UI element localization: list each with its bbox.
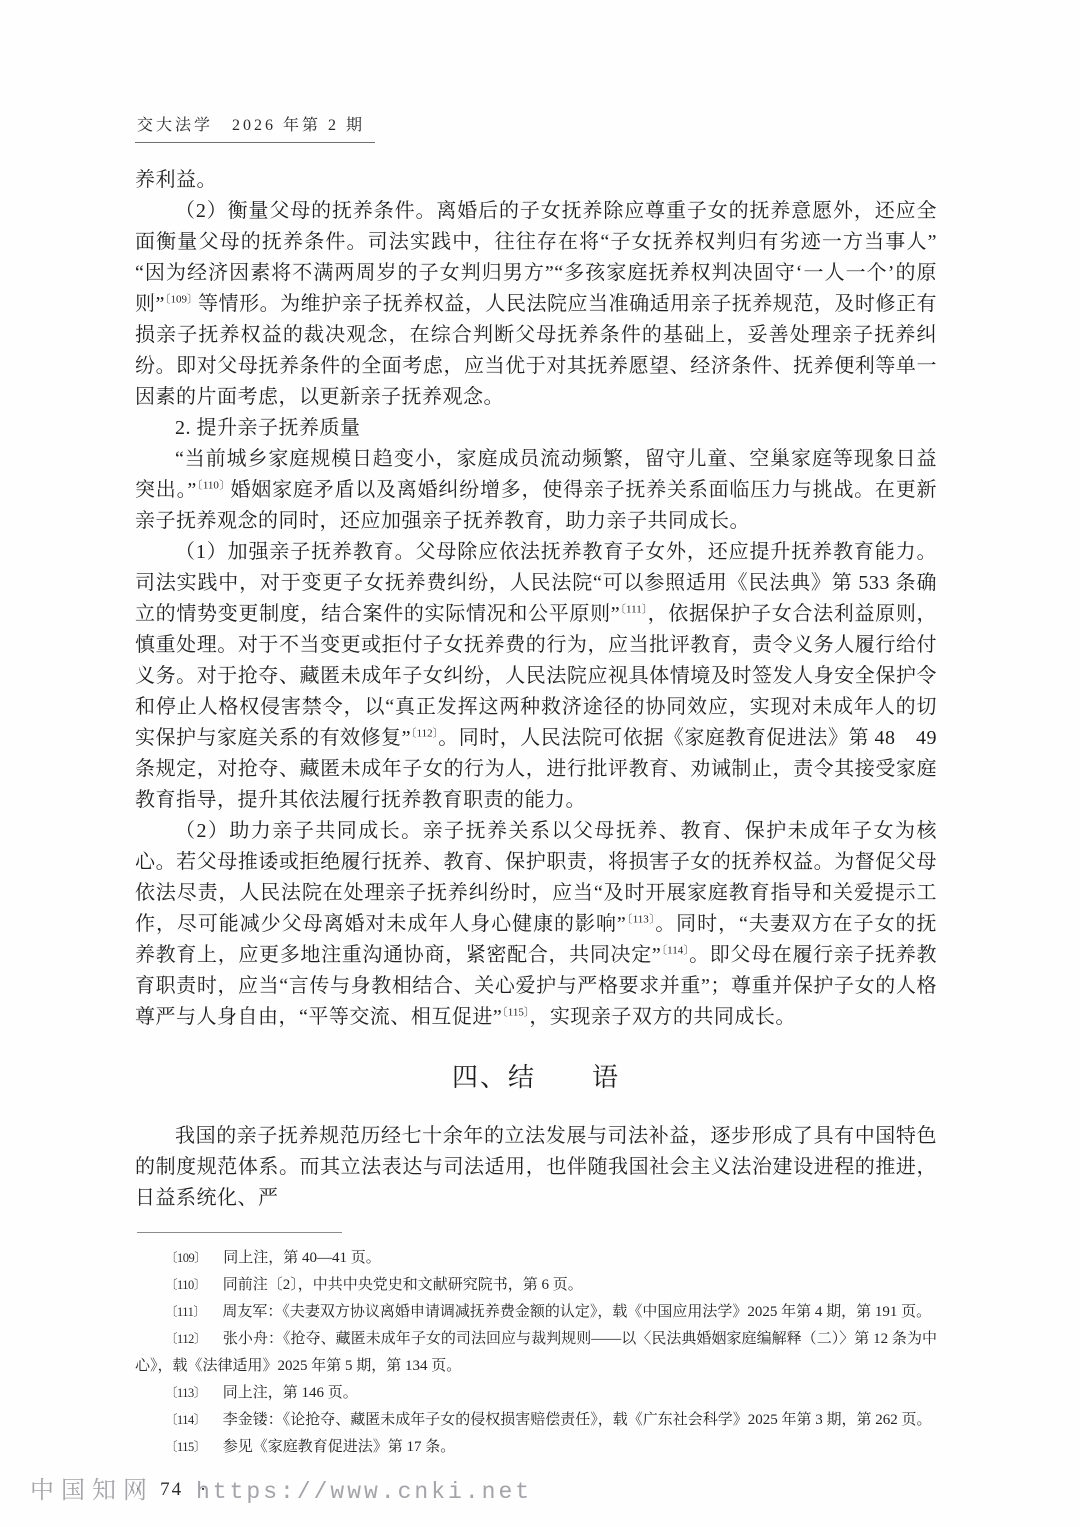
cnki-watermark: 中国知网 https://www.cnki.net bbox=[30, 1470, 532, 1505]
paragraph: “当前城乡家庭规模日趋变小，家庭成员流动频繁，留守儿童、空巢家庭等现象日益突出。… bbox=[135, 444, 937, 537]
document-page: 交大法学 2026 年第 2 期 养利益。（2）衡量父母的抚养条件。离婚后的子女… bbox=[0, 0, 1080, 1527]
paragraph: 2. 提升亲子抚养质量 bbox=[135, 413, 937, 444]
footnote-reference: 〔109〕 bbox=[165, 293, 198, 305]
footnote-reference: 〔112〕 bbox=[411, 727, 438, 739]
footnote-label: 〔115〕 bbox=[165, 1440, 206, 1454]
paragraph: （1）加强亲子抚养教育。父母除应依法抚养教育子女外，还应提升抚养教育能力。司法实… bbox=[135, 537, 937, 816]
paragraph: （2）衡量父母的抚养条件。离婚后的子女抚养除应尊重子女的抚养意愿外，还应全面衡量… bbox=[135, 196, 937, 413]
footnote-separator-rule bbox=[137, 1232, 342, 1233]
footnote-label: 〔111〕 bbox=[165, 1305, 205, 1319]
footnote-label: 〔113〕 bbox=[165, 1386, 206, 1400]
cnki-url: https://www.cnki.net bbox=[196, 1479, 532, 1505]
footnote-label: 〔110〕 bbox=[165, 1278, 206, 1292]
paragraph: 养利益。 bbox=[135, 165, 937, 196]
page-content: 交大法学 2026 年第 2 期 养利益。（2）衡量父母的抚养条件。离婚后的子女… bbox=[135, 112, 937, 1501]
footnote-reference: 〔115〕 bbox=[502, 1006, 529, 1018]
footnote-label: 〔114〕 bbox=[165, 1413, 206, 1427]
body-paragraphs-after-heading: 我国的亲子抚养规范历经七十余年的立法发展与司法补益，逐步形成了具有中国特色的制度… bbox=[135, 1121, 937, 1214]
footnote-item: 〔114〕李金镂：《论抢夺、藏匿未成年子女的侵权损害赔偿责任》，载《广东社会科学… bbox=[135, 1407, 937, 1434]
section-heading-conclusion: 四、结 语 bbox=[135, 1057, 937, 1094]
footnote-item: 〔115〕参见《家庭教育促进法》第 17 条。 bbox=[135, 1434, 937, 1461]
footnote-reference: 〔110〕 bbox=[197, 479, 231, 491]
footnotes-block: 〔109〕同上注，第 40—41 页。〔110〕同前注〔2〕，中共中央党史和文献… bbox=[135, 1245, 937, 1461]
body-paragraphs-before-heading: 养利益。（2）衡量父母的抚养条件。离婚后的子女抚养除应尊重子女的抚养意愿外，还应… bbox=[135, 165, 937, 1033]
footnote-item: 〔113〕同上注，第 146 页。 bbox=[135, 1380, 937, 1407]
footnote-reference: 〔114〕 bbox=[661, 944, 689, 956]
footnote-item: 〔110〕同前注〔2〕，中共中央党史和文献研究院书，第 6 页。 bbox=[135, 1272, 937, 1299]
footnote-item: 〔111〕周友军：《夫妻双方协议离婚申请调减抚养费金额的认定》，载《中国应用法学… bbox=[135, 1299, 937, 1326]
footnote-reference: 〔111〕 bbox=[620, 603, 647, 615]
footnote-label: 〔112〕 bbox=[165, 1332, 206, 1346]
article-body: 养利益。（2）衡量父母的抚养条件。离婚后的子女抚养除应尊重子女的抚养意愿外，还应… bbox=[135, 165, 937, 1214]
journal-header: 交大法学 2026 年第 2 期 bbox=[135, 112, 375, 143]
paragraph: 我国的亲子抚养规范历经七十余年的立法发展与司法补益，逐步形成了具有中国特色的制度… bbox=[135, 1121, 937, 1214]
cnki-site-name: 中国知网 bbox=[30, 1470, 154, 1505]
footnote-label: 〔109〕 bbox=[165, 1251, 206, 1265]
footnote-reference: 〔113〕 bbox=[626, 913, 655, 925]
footnote-item: 〔112〕张小舟：《抢夺、藏匿未成年子女的司法回应与裁判规则——以〈民法典婚姻家… bbox=[135, 1326, 937, 1380]
footnote-item: 〔109〕同上注，第 40—41 页。 bbox=[135, 1245, 937, 1272]
paragraph: （2）助力亲子共同成长。亲子抚养关系以父母抚养、教育、保护未成年子女为核心。若父… bbox=[135, 816, 937, 1033]
